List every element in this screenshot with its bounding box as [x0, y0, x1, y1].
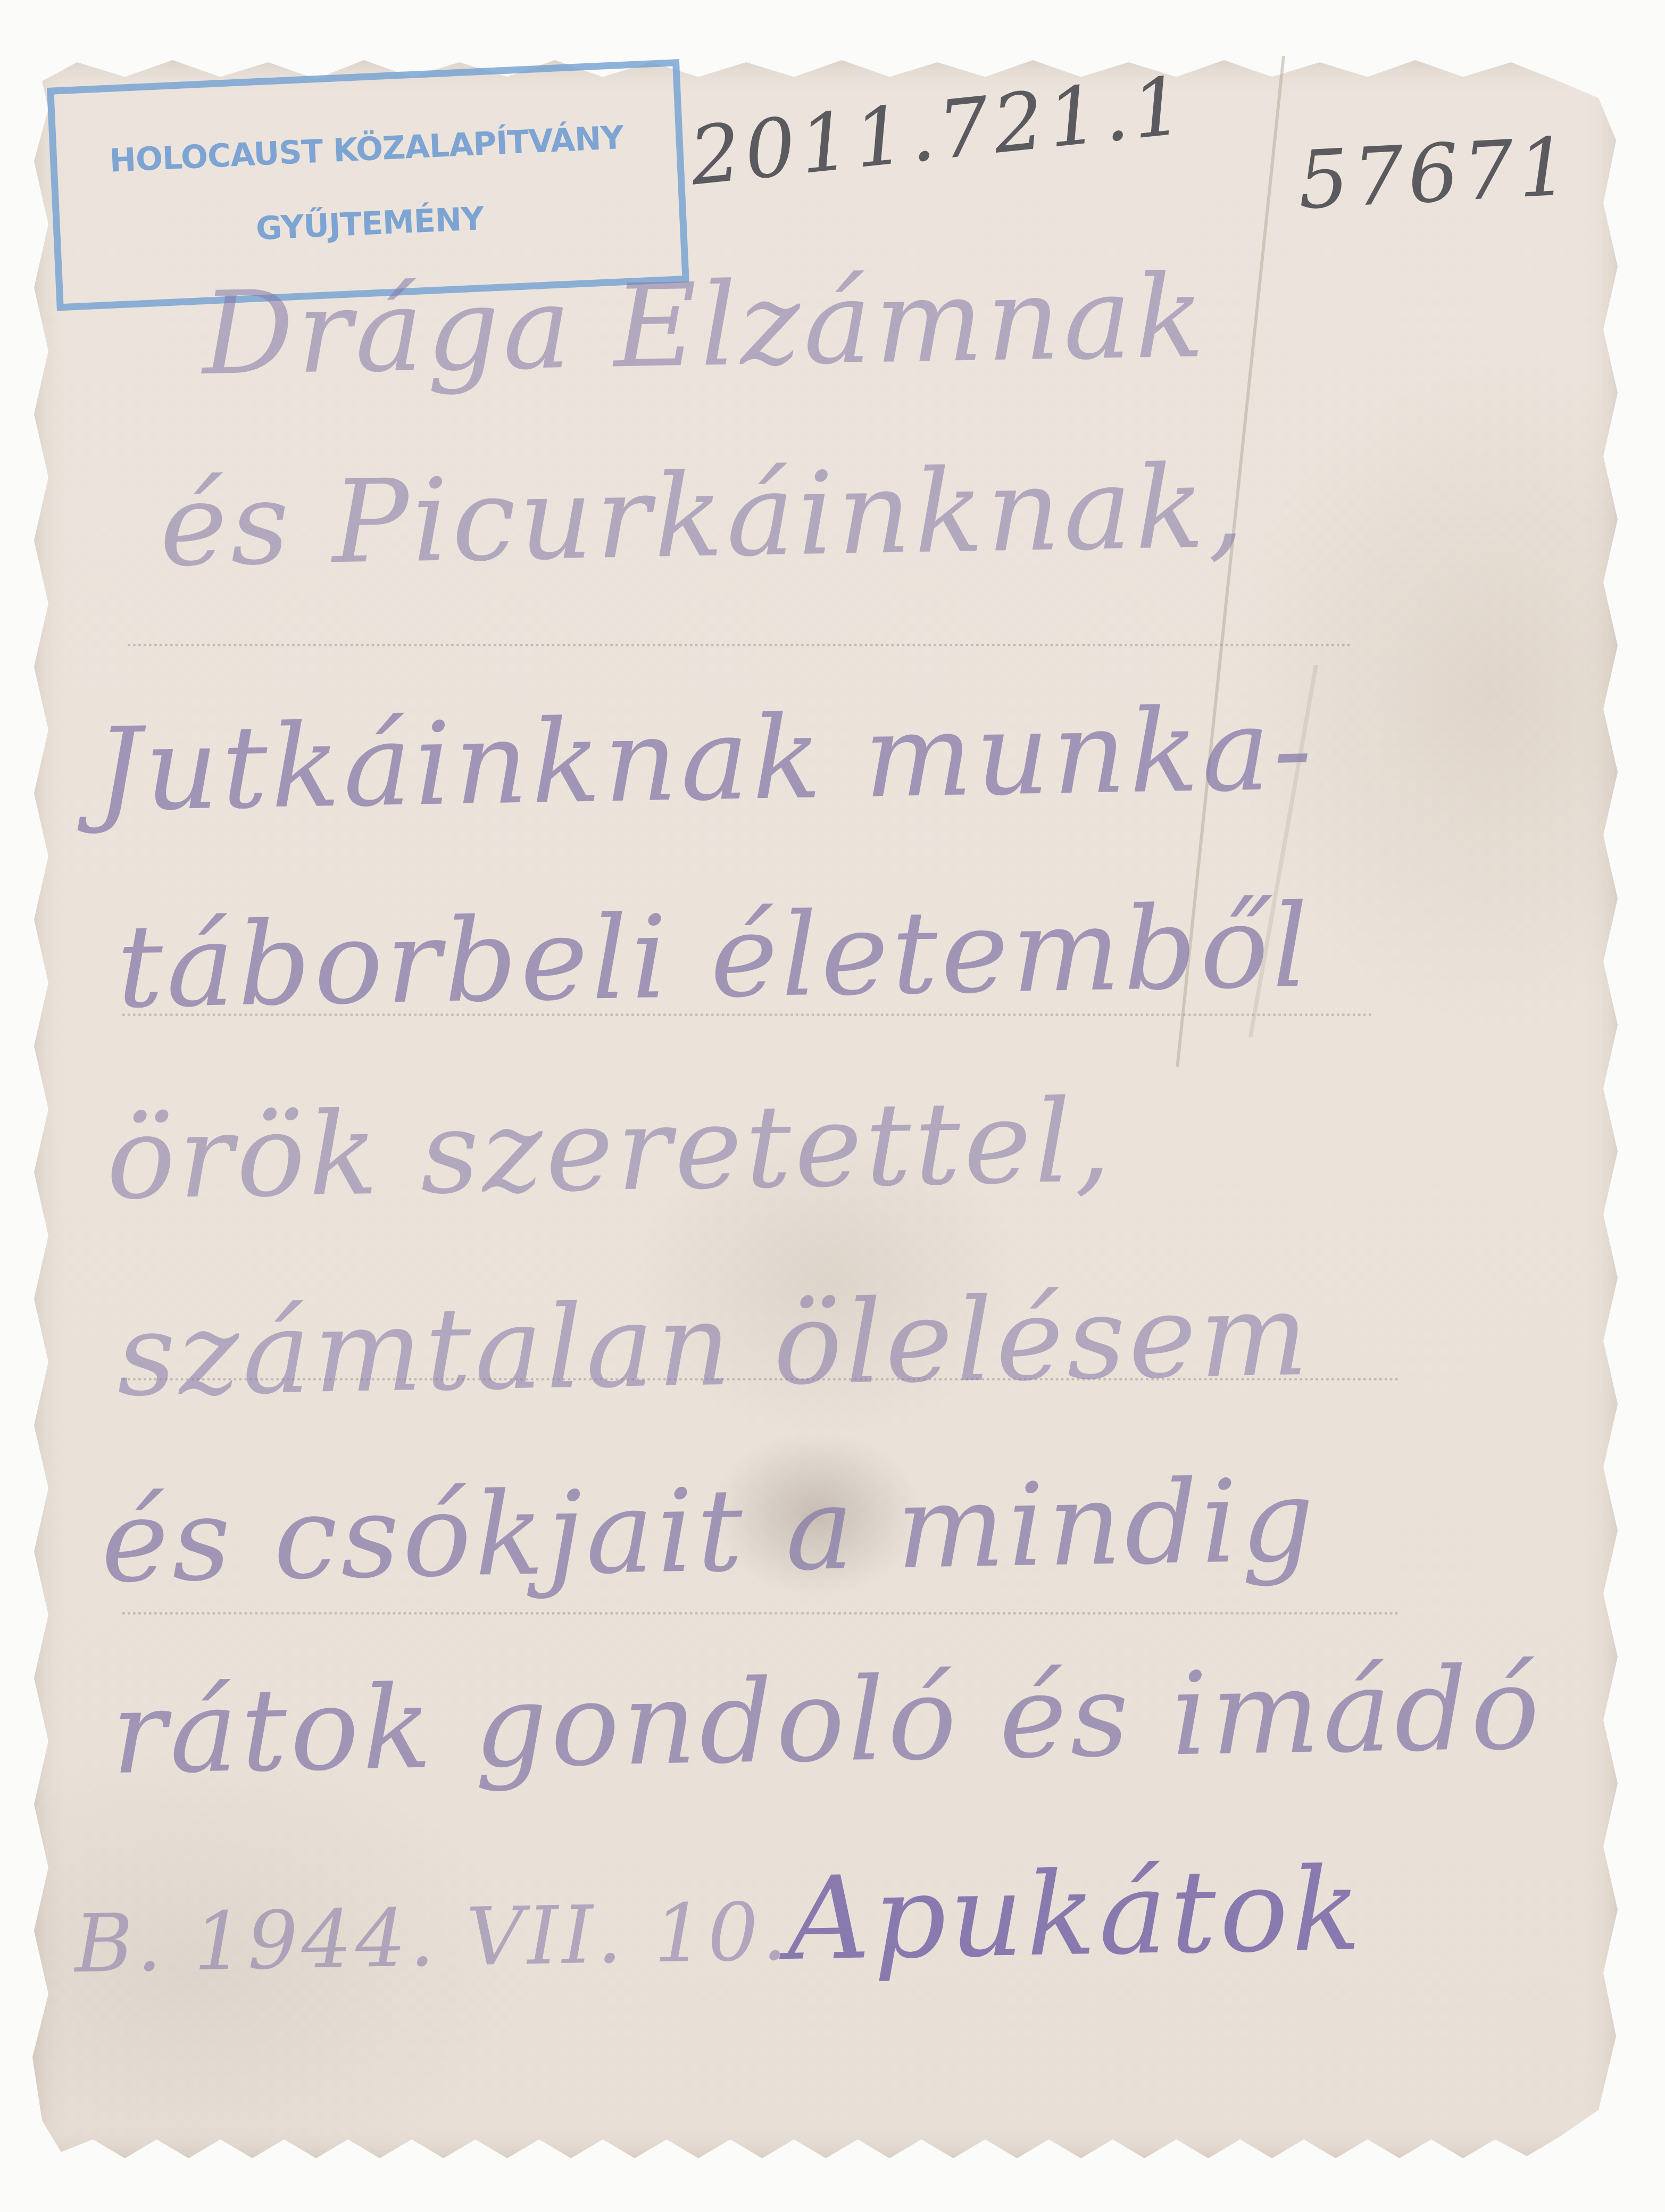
inventory-number: 57671 — [1296, 121, 1576, 228]
handwritten-line-5: örök szeretettel, — [105, 1084, 1114, 1216]
handwritten-line-3: Jutkáinknak munka- — [95, 692, 1316, 827]
handwritten-line-7: és csókjait a mindig — [100, 1463, 1318, 1599]
ruled-line — [122, 1612, 1399, 1615]
handwritten-line-6: számtalan ölelésem — [116, 1277, 1312, 1412]
handwritten-date: B. 1944. VII. 10. — [74, 1892, 791, 1984]
stamp-institution: HOLOCAUST KÖZALAPÍTVÁNY — [67, 117, 666, 181]
handwritten-signature: Apukátok — [786, 1852, 1365, 1976]
handwritten-line-4: táborbeli életemből — [116, 889, 1312, 1024]
handwritten-line-2: és Picurkáinknak, — [159, 449, 1248, 583]
stamp-collection: GYŰJTEMÉNY — [60, 191, 680, 256]
handwritten-line-8: rátok gondoló és imádó — [111, 1651, 1544, 1790]
handwritten-line-1: Drága Elzámnak — [201, 259, 1208, 391]
ruled-line — [128, 644, 1351, 646]
